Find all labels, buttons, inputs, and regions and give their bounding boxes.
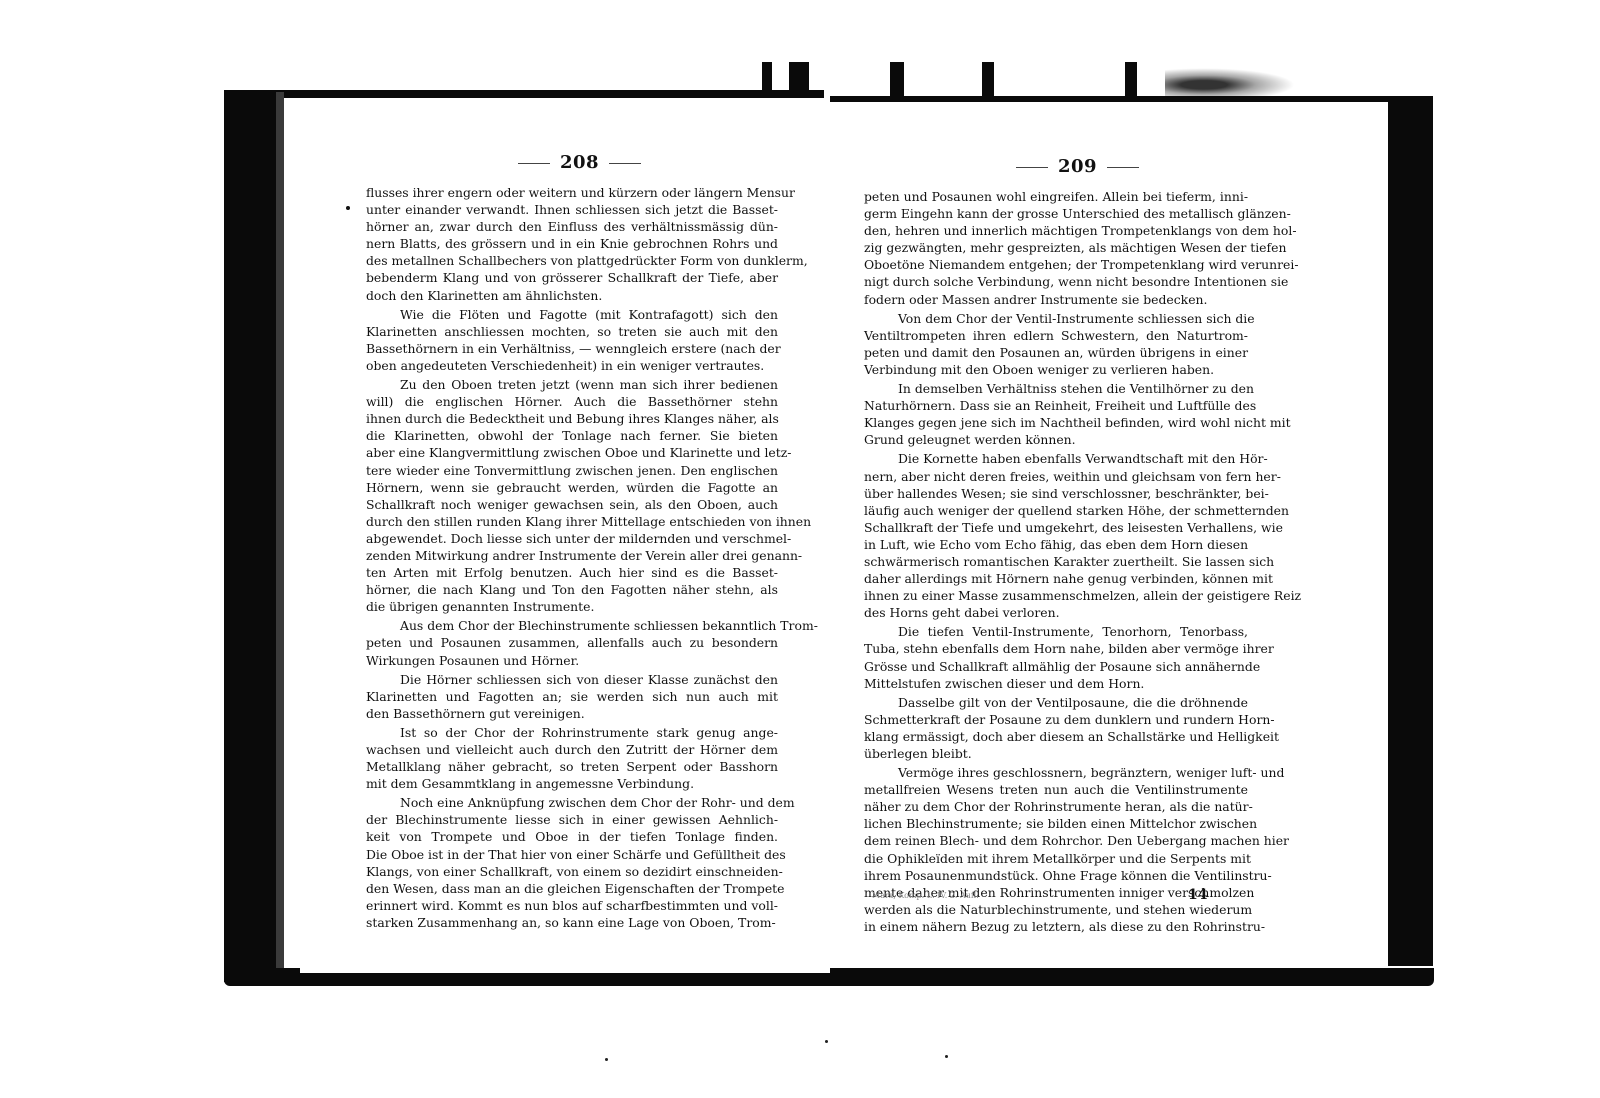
- paragraph: Aus dem Chor der Blechinstrumente schlie…: [366, 617, 778, 668]
- text-line: Die Kornette haben ebenfalls Verwandtsch…: [864, 450, 1248, 467]
- text-line: peten und Posaunen wohl eingreifen. Alle…: [864, 188, 1248, 205]
- text-line: peten und damit den Posaunen an, würden …: [864, 344, 1248, 361]
- text-line: Schallkraft noch weniger gewachsen sein,…: [366, 496, 778, 513]
- book-top-edge-right: [830, 96, 1390, 102]
- text-line: abgewendet. Doch liesse sich unter der m…: [366, 530, 778, 547]
- text-line: den Wesen, dass man an die gleichen Eige…: [366, 880, 778, 897]
- text-line: Ist so der Chor der Rohrinstrumente star…: [366, 724, 778, 741]
- text-line: doch den Klarinetten am ähnlichsten.: [366, 287, 778, 304]
- text-line: bebenderm Klang und von grösserer Schall…: [366, 269, 778, 286]
- text-line: Ventiltrompeten ihren edlern Schwestern,…: [864, 327, 1248, 344]
- text-line: fodern oder Massen andrer Instrumente si…: [864, 291, 1248, 308]
- text-line: werden als die Naturblechinstrumente, un…: [864, 901, 1248, 918]
- scan-speck: [605, 1058, 608, 1061]
- text-line: Die Hörner schliessen sich von dieser Kl…: [366, 671, 778, 688]
- text-line: Die tiefen Ventil-Instrumente, Tenorhorn…: [864, 623, 1248, 640]
- text-line: Dasselbe gilt von der Ventilposaune, die…: [864, 694, 1248, 711]
- text-line: Vermöge ihres geschlossnern, begränztern…: [864, 764, 1248, 781]
- text-line: nern Blatts, des grössern und in ein Kni…: [366, 235, 778, 252]
- text-line: ihnen durch die Bedecktheit und Bebung i…: [366, 410, 778, 427]
- text-line: erinnert wird. Kommt es nun blos auf sch…: [366, 897, 778, 914]
- text-line: Wie die Flöten und Fagotte (mit Kontrafa…: [366, 306, 778, 323]
- text-line: in einem nähern Bezug zu letztern, als d…: [864, 918, 1248, 935]
- page-tab-marker: [1125, 62, 1137, 98]
- book-top-edge-left: [224, 90, 824, 98]
- text-line: Tuba, stehn ebenfalls dem Horn nahe, bil…: [864, 640, 1248, 657]
- left-page-body-text: flusses ihrer engern oder weitern und kü…: [366, 184, 778, 931]
- text-line: Noch eine Anknüpfung zwischen dem Chor d…: [366, 794, 778, 811]
- paragraph: Die tiefen Ventil-Instrumente, Tenorhorn…: [864, 623, 1248, 691]
- text-line: starken Zusammenhang an, so kann eine La…: [366, 914, 778, 931]
- text-line: Klarinetten und Fagotten an; sie werden …: [366, 688, 778, 705]
- paragraph: Von dem Chor der Ventil-Instrumente schl…: [864, 310, 1248, 378]
- text-line: ihrem Posaunenmundstück. Ohne Frage könn…: [864, 867, 1248, 884]
- text-line: tere wieder eine Tonvermittlung zwischen…: [366, 462, 778, 479]
- text-line: nigt durch solche Verbindung, wenn nicht…: [864, 273, 1248, 290]
- paragraph: Ist so der Chor der Rohrinstrumente star…: [366, 724, 778, 792]
- text-line: ihnen zu einer Masse zusammenschmelzen, …: [864, 587, 1248, 604]
- footer-signature: Marx, Komp. L. IV. 2. Aufl.: [872, 891, 979, 900]
- text-line: Klangs, von einer Schallkraft, von einem…: [366, 863, 778, 880]
- text-line: Von dem Chor der Ventil-Instrumente schl…: [864, 310, 1248, 327]
- text-line: Hörnern, wenn sie gebraucht werden, würd…: [366, 479, 778, 496]
- text-line: hörner, die nach Klang und Ton den Fagot…: [366, 581, 778, 598]
- text-line: oben angedeuteten Verschiedenheit) in ei…: [366, 357, 778, 374]
- text-line: überlegen bleibt.: [864, 745, 1248, 762]
- text-line: Klanges gegen jene sich im Nachtheil bef…: [864, 414, 1248, 431]
- paragraph: Die Hörner schliessen sich von dieser Kl…: [366, 671, 778, 722]
- text-line: läufig auch weniger der quellend starken…: [864, 502, 1248, 519]
- book-left-edge: [224, 92, 282, 982]
- text-line: Schmetterkraft der Posaune zu dem dunkle…: [864, 711, 1248, 728]
- text-line: in Luft, wie Echo vom Echo fähig, das eb…: [864, 536, 1248, 553]
- text-line: hörner an, zwar durch den Einfluss des v…: [366, 218, 778, 235]
- text-line: Klarinetten anschliessen mochten, so tre…: [366, 323, 778, 340]
- text-line: Bassethörnern in ein Verhältniss, — wenn…: [366, 340, 778, 357]
- footer-sheet-number: 14: [1188, 887, 1207, 903]
- paragraph: Noch eine Anknüpfung zwischen dem Chor d…: [366, 794, 778, 931]
- text-line: des Horns geht dabei verloren.: [864, 604, 1248, 621]
- text-line: zig gezwängten, mehr gespreizten, als mä…: [864, 239, 1248, 256]
- text-line: flusses ihrer engern oder weitern und kü…: [366, 184, 778, 201]
- text-line: der Blechinstrumente liesse sich in eine…: [366, 811, 778, 828]
- text-line: die Ophikleïden mit ihrem Metallkörper u…: [864, 850, 1248, 867]
- text-line: die übrigen genannten Instrumente.: [366, 598, 778, 615]
- paragraph: peten und Posaunen wohl eingreifen. Alle…: [864, 188, 1248, 308]
- text-line: Naturhörnern. Dass sie an Reinheit, Frei…: [864, 397, 1248, 414]
- paragraph: In demselben Verhältniss stehen die Vent…: [864, 380, 1248, 448]
- text-line: Die Oboe ist in der That hier von einer …: [366, 846, 778, 863]
- page-tab-marker: [982, 62, 994, 98]
- margin-mark: [346, 206, 350, 210]
- text-line: durch den stillen runden Klang ihrer Mit…: [366, 513, 778, 530]
- text-line: des metallnen Schallbechers von plattged…: [366, 252, 778, 269]
- paragraph: Zu den Oboen treten jetzt (wenn man sich…: [366, 376, 778, 615]
- text-line: den Bassethörnern gut vereinigen.: [366, 705, 778, 722]
- text-line: die Klarinetten, obwohl der Tonlage nach…: [366, 427, 778, 444]
- text-line: Aus dem Chor der Blechinstrumente schlie…: [366, 617, 778, 634]
- paragraph: flusses ihrer engern oder weitern und kü…: [366, 184, 778, 304]
- text-line: klang ermässigt, doch aber diesem an Sch…: [864, 728, 1248, 745]
- page-tab-marker: [789, 62, 809, 98]
- text-line: metallfreien Wesens treten nun auch die …: [864, 781, 1248, 798]
- text-line: schwärmerisch romantischen Karakter zuer…: [864, 553, 1248, 570]
- text-line: dem reinen Blech- und dem Rohrchor. Den …: [864, 832, 1248, 849]
- text-line: ten Arten mit Erfolg benutzen. Auch hier…: [366, 564, 778, 581]
- paragraph: Die Kornette haben ebenfalls Verwandtsch…: [864, 450, 1248, 621]
- text-line: über hallendes Wesen; sie sind verschlos…: [864, 485, 1248, 502]
- text-line: Grösse und Schallkraft allmählig der Pos…: [864, 658, 1248, 675]
- scan-speck: [945, 1055, 948, 1058]
- left-page-number: 208: [508, 152, 651, 173]
- page-tab-marker: [890, 62, 904, 98]
- text-line: will) die englischen Hörner. Auch die Ba…: [366, 393, 778, 410]
- text-line: lichen Blechinstrumente; sie bilden eine…: [864, 815, 1248, 832]
- book-left-inner-edge: [276, 92, 284, 982]
- text-line: Wirkungen Posaunen und Hörner.: [366, 652, 778, 669]
- text-line: Schallkraft der Tiefe und umgekehrt, des…: [864, 519, 1248, 536]
- paragraph: Wie die Flöten und Fagotte (mit Kontrafa…: [366, 306, 778, 374]
- text-line: keit von Trompete und Oboe in der tiefen…: [366, 828, 778, 845]
- book-right-edge: [1388, 96, 1433, 966]
- text-line: mit dem Gesammtklang in angemessne Verbi…: [366, 775, 778, 792]
- scan-smudge: [1165, 68, 1295, 96]
- scan-speck: [825, 1040, 828, 1043]
- text-line: Verbindung mit den Oboen weniger zu verl…: [864, 361, 1248, 378]
- text-line: peten und Posaunen zusammen, allenfalls …: [366, 634, 778, 651]
- text-line: Oboetöne Niemandem entgehen; der Trompet…: [864, 256, 1248, 273]
- text-line: Zu den Oboen treten jetzt (wenn man sich…: [366, 376, 778, 393]
- right-page-body-text: peten und Posaunen wohl eingreifen. Alle…: [864, 188, 1248, 935]
- text-line: In demselben Verhältniss stehen die Vent…: [864, 380, 1248, 397]
- text-line: aber eine Klangvermittlung zwischen Oboe…: [366, 444, 778, 461]
- text-line: Metallklang näher gebracht, so treten Se…: [366, 758, 778, 775]
- text-line: näher zu dem Chor der Rohrinstrumente he…: [864, 798, 1248, 815]
- text-line: den, hehren und innerlich mächtigen Trom…: [864, 222, 1248, 239]
- text-line: germ Eingehn kann der grosse Unterschied…: [864, 205, 1248, 222]
- text-line: Grund geleugnet werden können.: [864, 431, 1248, 448]
- page-tab-marker: [762, 62, 772, 98]
- text-line: Mittelstufen zwischen dieser und dem Hor…: [864, 675, 1248, 692]
- right-page-number: 209: [1006, 156, 1149, 177]
- text-line: daher allerdings mit Hörnern nahe genug …: [864, 570, 1248, 587]
- text-line: wachsen und vielleicht auch durch den Zu…: [366, 741, 778, 758]
- paragraph: Vermöge ihres geschlossnern, begränztern…: [864, 764, 1248, 935]
- text-line: unter einander verwandt. Ihnen schliesse…: [366, 201, 778, 218]
- text-line: nern, aber nicht deren freies, weithin u…: [864, 468, 1248, 485]
- paragraph: Dasselbe gilt von der Ventilposaune, die…: [864, 694, 1248, 762]
- text-line: zenden Mitwirkung andrer Instrumente der…: [366, 547, 778, 564]
